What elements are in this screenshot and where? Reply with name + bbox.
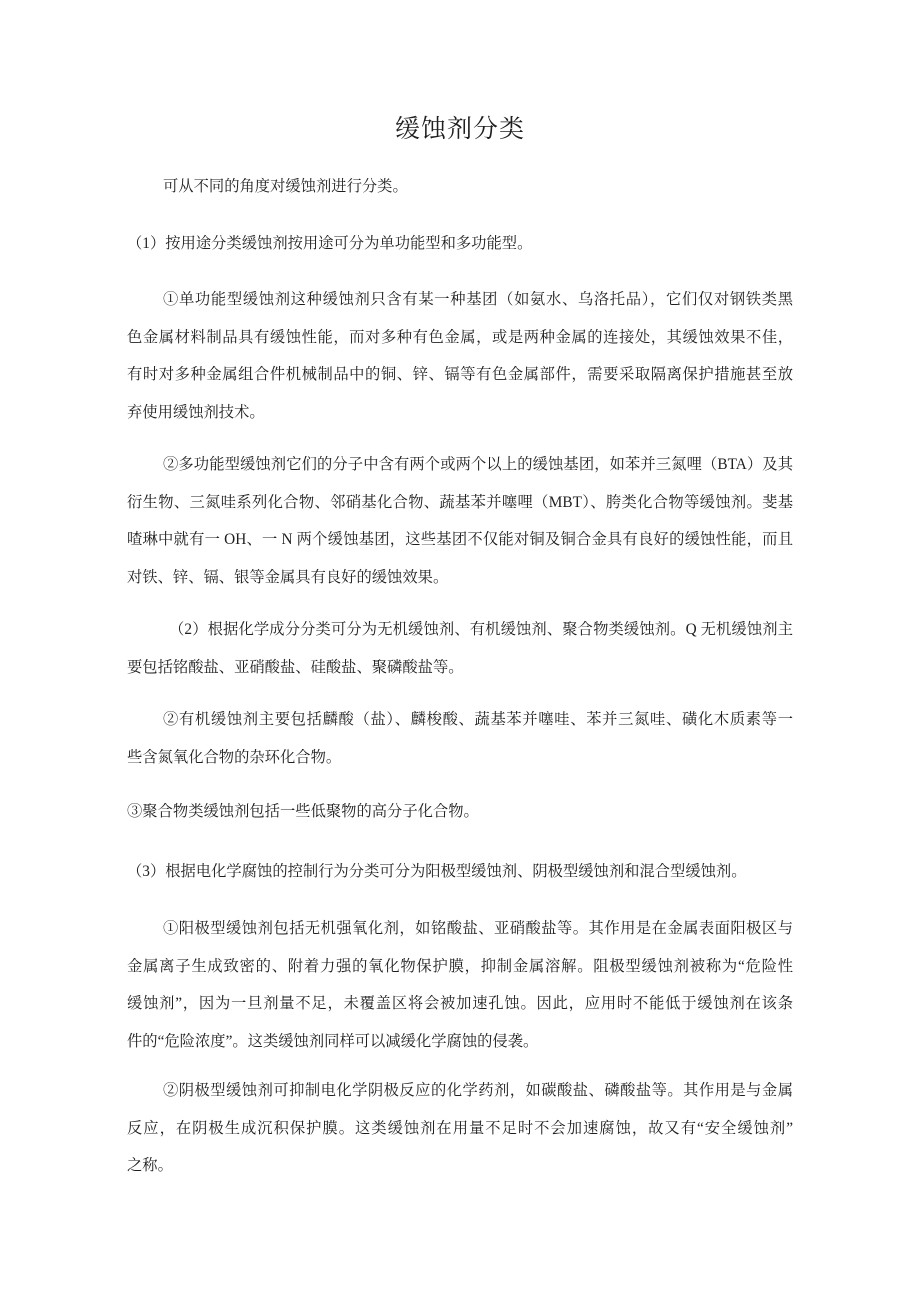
- text-line: 些含氮氧化合物的杂环化合物。: [127, 739, 793, 777]
- text-line: 弃使用缓蚀剂技术。: [127, 394, 793, 432]
- intro-paragraph: 可从不同的角度对缓蚀剂进行分类。: [127, 168, 793, 206]
- text-line: ②阴极型缓蚀剂可抑制电化学阴极反应的化学药剂，如碳酸盐、磷酸盐等。其作用是与金属: [127, 1072, 793, 1110]
- text-line: 衍生物、三氮哇系列化合物、邻硝基化合物、蔬基苯并噻哩（MBT）、胯类化合物等缓蚀…: [127, 484, 793, 522]
- text-line: ①单功能型缓蚀剂这种缓蚀剂只含有某一种基团（如氨水、乌洛托品），它们仅对钢铁类黑: [127, 281, 793, 319]
- text-line: 喳琳中就有一 OH、一 N 两个缓蚀基团，这些基团不仅能对铜及铜合金具有良好的缓…: [127, 521, 793, 559]
- document-content: 缓蚀剂分类 可从不同的角度对缓蚀剂进行分类。（1）按用途分类缓蚀剂按用途可分为单…: [127, 112, 793, 1185]
- text-line: ①阳极型缓蚀剂包括无机强氧化剂，如铭酸盐、亚硝酸盐等。其作用是在金属表面阳极区与: [127, 910, 793, 948]
- section-3-heading: （3）根据电化学腐蚀的控制行为分类可分为阳极型缓蚀剂、阴极型缓蚀剂和混合型缓蚀剂…: [127, 853, 793, 891]
- text-line: ③聚合物类缓蚀剂包括一些低聚物的高分子化合物。: [127, 793, 793, 831]
- text-line: 缓蚀剂”，因为一旦剂量不足，未覆盖区将会被加速孔蚀。因此，应用时不能低于缓蚀剂在…: [127, 985, 793, 1023]
- section-2-heading-inorganic: （2）根据化学成分分类可分为无机缓蚀剂、有机缓蚀剂、聚合物类缓蚀剂。Q 无机缓蚀…: [127, 611, 793, 686]
- section-1-heading: （1）按用途分类缓蚀剂按用途可分为单功能型和多功能型。: [127, 225, 793, 263]
- para-cathodic-inhibitor: ②阴极型缓蚀剂可抑制电化学阴极反应的化学药剂，如碳酸盐、磷酸盐等。其作用是与金属…: [127, 1072, 793, 1185]
- text-line: （1）按用途分类缓蚀剂按用途可分为单功能型和多功能型。: [127, 225, 793, 263]
- para-anodic-inhibitor: ①阳极型缓蚀剂包括无机强氧化剂，如铭酸盐、亚硝酸盐等。其作用是在金属表面阳极区与…: [127, 910, 793, 1060]
- text-line: 之称。: [127, 1147, 793, 1185]
- text-line: 金属离子生成致密的、附着力强的氧化物保护膜，抑制金属溶解。阻极型缓蚀剂被称为“危…: [127, 948, 793, 986]
- text-line: ②有机缓蚀剂主要包括麟酸（盐）、麟梭酸、蔬基苯并噻哇、苯并三氮哇、磺化木质素等一: [127, 701, 793, 739]
- text-line: 有时对多种金属组合件机械制品中的铜、锌、镉等有色金属部件，需要采取隔离保护措施甚…: [127, 356, 793, 394]
- text-line: 要包括铭酸盐、亚硝酸盐、硅酸盐、聚磷酸盐等。: [127, 649, 793, 687]
- para-single-function-inhibitor: ①单功能型缓蚀剂这种缓蚀剂只含有某一种基团（如氨水、乌洛托品），它们仅对钢铁类黑…: [127, 281, 793, 431]
- document-title: 缓蚀剂分类: [127, 112, 793, 148]
- text-line: ②多功能型缓蚀剂它们的分子中含有两个或两个以上的缓蚀基团，如苯并三氮哩（BTA）…: [127, 446, 793, 484]
- para-multi-function-inhibitor: ②多功能型缓蚀剂它们的分子中含有两个或两个以上的缓蚀基团，如苯并三氮哩（BTA）…: [127, 446, 793, 596]
- paragraph-container: 可从不同的角度对缓蚀剂进行分类。（1）按用途分类缓蚀剂按用途可分为单功能型和多功…: [127, 168, 793, 1185]
- text-line: 件的“危险浓度”。这类缓蚀剂同样可以减缓化学腐蚀的侵袭。: [127, 1023, 793, 1061]
- text-line: 可从不同的角度对缓蚀剂进行分类。: [127, 168, 793, 206]
- para-organic-inhibitor: ②有机缓蚀剂主要包括麟酸（盐）、麟梭酸、蔬基苯并噻哇、苯并三氮哇、磺化木质素等一…: [127, 701, 793, 776]
- text-line: 反应，在阴极生成沉积保护膜。这类缓蚀剂在用量不足时不会加速腐蚀，故又有“安全缓蚀…: [127, 1110, 793, 1148]
- text-line: （2）根据化学成分分类可分为无机缓蚀剂、有机缓蚀剂、聚合物类缓蚀剂。Q 无机缓蚀…: [127, 611, 793, 649]
- para-polymer-inhibitor: ③聚合物类缓蚀剂包括一些低聚物的高分子化合物。: [127, 793, 793, 831]
- document-page: 缓蚀剂分类 可从不同的角度对缓蚀剂进行分类。（1）按用途分类缓蚀剂按用途可分为单…: [0, 0, 920, 1301]
- text-line: 对铁、锌、镉、银等金属具有良好的缓蚀效果。: [127, 559, 793, 597]
- text-line: （3）根据电化学腐蚀的控制行为分类可分为阳极型缓蚀剂、阴极型缓蚀剂和混合型缓蚀剂…: [127, 853, 793, 891]
- text-line: 色金属材料制品具有缓蚀性能，而对多种有色金属，或是两种金属的连接处，其缓蚀效果不…: [127, 319, 793, 357]
